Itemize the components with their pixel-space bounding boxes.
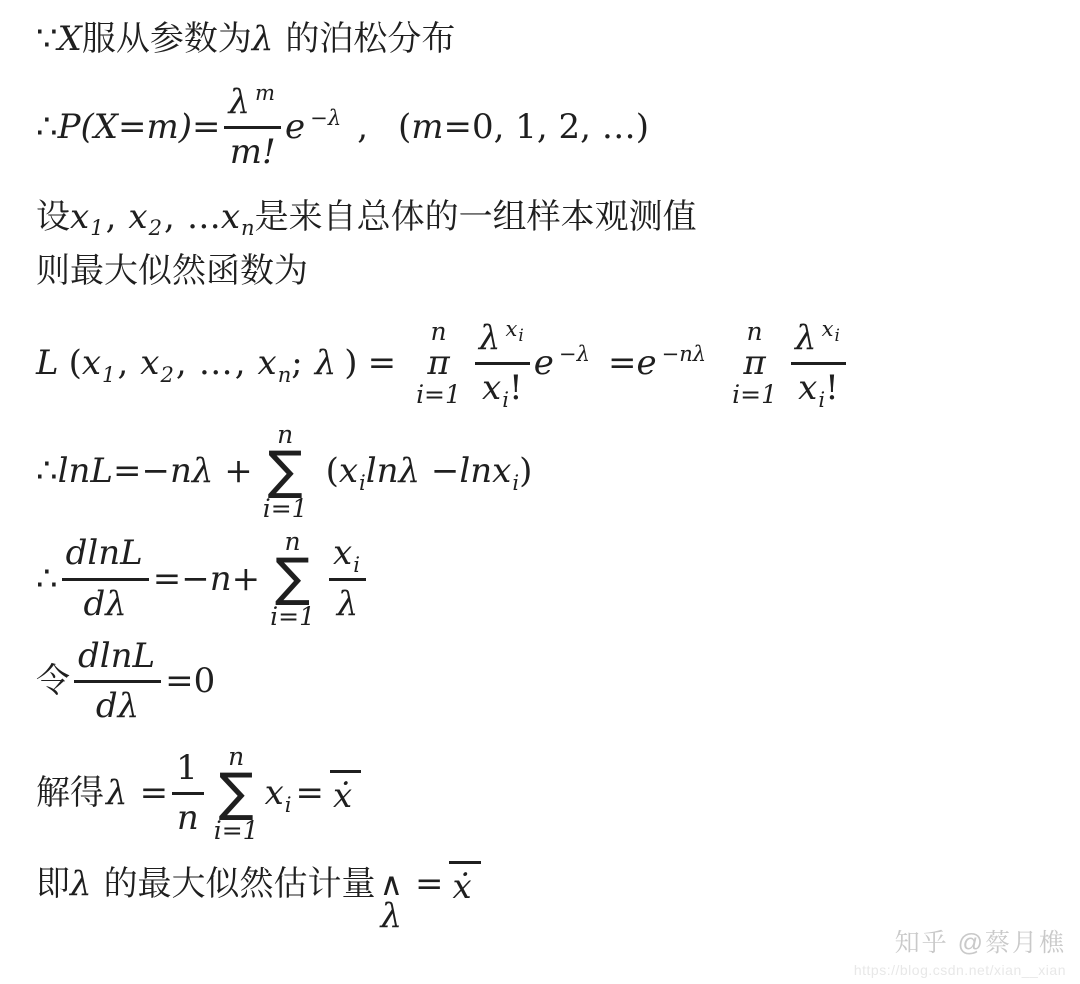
equals: = — [415, 863, 444, 906]
text-follows-parameter: 服从参数为 — [82, 18, 252, 61]
because-symbol: ∵ — [36, 18, 58, 61]
likelihood-function-formula: L ( x1 , x2 , … , xn ; λ ) = n π i=1 λxi… — [36, 317, 1064, 410]
e-power-minus-lambda: e−λ — [534, 342, 590, 385]
ellipsis: … — [187, 196, 221, 239]
e-power-minus-n-lambda: e−nλ — [636, 342, 706, 385]
comma: , — [357, 106, 368, 149]
derivative-formula: ∴ dlnL dλ =−n+ n ∑ i=1 xi λ — [36, 529, 1064, 629]
numerator: λm — [224, 81, 281, 130]
premise-x-follows-poisson: ∵ X 服从参数为 λ 的泊松分布 — [36, 18, 1064, 61]
exponent-xi: xi — [822, 316, 840, 341]
condition-values: =0, 1, 2, …) — [444, 106, 650, 149]
var-x2: x2 — [140, 342, 174, 385]
var-m: m — [411, 106, 443, 149]
lnL-lhs: lnL=−nλ + — [58, 450, 253, 493]
comma: , — [235, 342, 246, 385]
fraction-xi-over-lambda: xi λ — [329, 532, 366, 625]
var-L: L — [36, 342, 59, 385]
text-mle-estimator: 的最大似然估计量 — [104, 863, 376, 906]
sum-symbol: ∑ — [268, 447, 303, 497]
sub-i: i — [511, 450, 519, 493]
text-sample-from-population: 是来自总体的一组样本观测值 — [255, 196, 697, 239]
upper-limit-n: n — [747, 319, 763, 344]
var-x1: x1 — [70, 196, 104, 239]
denominator-dlambda: dλ — [96, 683, 139, 728]
var-lambda: λ — [252, 18, 274, 61]
equals-minus-n-plus: =−n+ — [153, 558, 260, 601]
var-xi: xi — [339, 450, 366, 493]
fraction-lambda-xi-over-xi-factorial: λxi xi! — [791, 317, 846, 410]
var-lambda: λ — [315, 342, 337, 385]
var-lambda: λ — [106, 772, 128, 815]
equals: = — [140, 772, 169, 815]
denominator-xi-factorial: xi! — [798, 365, 839, 410]
var-x2: x2 — [128, 196, 162, 239]
equals-zero: =0 — [165, 660, 215, 703]
fraction-1-over-n: 1 n — [172, 747, 204, 840]
close-paren: ) — [519, 450, 532, 493]
sample-observations-statement: 设 x1 , x2 , … xn 是来自总体的一组样本观测值 — [36, 196, 1064, 239]
lower-limit-i-1: i=1 — [416, 382, 461, 407]
text-poisson-distribution: 的泊松分布 — [285, 18, 455, 61]
var-xn: xn — [221, 196, 255, 239]
var-xn: xn — [258, 342, 292, 385]
var-lambda: λ — [70, 863, 92, 906]
watermark-credit: 知乎 @蔡月樵 — [854, 923, 1066, 959]
sum-i-1-to-n: n ∑ i=1 — [270, 529, 315, 629]
lower-limit-i-1: i=1 — [214, 818, 259, 843]
product-pi-symbol: π — [427, 344, 449, 382]
equals: = — [296, 772, 325, 815]
text-that-is: 即 — [36, 863, 70, 906]
equals: = — [368, 342, 397, 385]
solve-lambda-formula: 解得 λ = 1 n n ∑ i=1 xi = ẋ — [36, 744, 1064, 844]
comma: , — [176, 342, 187, 385]
text-then-likelihood: 则最大似然函数为 — [36, 250, 308, 293]
close-paren: ) — [344, 342, 357, 385]
fraction-dlnL-over-dlambda: dlnL dλ — [74, 635, 161, 728]
document-page: { "document": { "background": "#ffffff",… — [0, 0, 1080, 984]
ln-terms: lnλ −lnx — [366, 450, 512, 493]
var-xi: xi — [265, 772, 292, 815]
var-lambda: λ — [228, 82, 250, 122]
numerator: λxi — [791, 317, 846, 366]
watermark: 知乎 @蔡月樵 https://blog.csdn.net/xian__xian — [854, 923, 1066, 978]
ellipsis: … — [199, 342, 233, 385]
therefore-symbol: ∴ — [36, 106, 58, 149]
therefore-symbol: ∴ — [36, 450, 58, 493]
var-e: e — [285, 107, 305, 147]
log-likelihood-formula: ∴ lnL=−nλ + n ∑ i=1 ( xi lnλ −lnx i ) — [36, 422, 1064, 522]
text-let: 令 — [36, 660, 70, 703]
numerator-dlnL: dlnL — [74, 635, 161, 684]
var-lambda: λ — [380, 900, 402, 932]
text-let: 设 — [36, 196, 70, 239]
pmf-lhs: P(X=m)= — [58, 106, 221, 149]
text-solve: 解得 — [36, 772, 104, 815]
numerator-one: 1 — [172, 747, 204, 796]
open-paren: ( — [398, 106, 411, 149]
exponent-minus-lambda: −λ — [310, 105, 341, 130]
sum-symbol: ∑ — [275, 554, 310, 604]
denominator-n: n — [177, 795, 199, 840]
therefore-symbol: ∴ — [36, 558, 58, 601]
numerator: λxi — [475, 317, 530, 366]
exponent-m: m — [255, 80, 275, 105]
lambda-hat: ∧ λ — [380, 869, 403, 932]
mle-conclusion: 即 λ 的最大似然估计量 ∧ λ = ẋ — [36, 853, 1064, 916]
var-X: X — [58, 18, 82, 61]
upper-limit-n: n — [430, 319, 446, 344]
denominator-xi-factorial: xi! — [482, 365, 523, 410]
sum-i-1-to-n: n ∑ i=1 — [214, 744, 259, 844]
lower-limit-i-1: i=1 — [263, 496, 308, 521]
x-bar-mean: ẋ — [449, 861, 480, 909]
fraction-lambda-xi-over-xi-factorial: λxi xi! — [475, 317, 530, 410]
product-i-1-to-n: n π i=1 — [416, 319, 461, 407]
comma: , — [117, 342, 128, 385]
watermark-url: https://blog.csdn.net/xian__xian — [854, 962, 1066, 978]
equals: = — [608, 342, 637, 385]
numerator-xi: xi — [329, 532, 366, 581]
denominator-dlambda: dλ — [84, 581, 127, 626]
var-x1: x1 — [82, 342, 116, 385]
comma: , — [106, 196, 117, 239]
set-derivative-zero: 令 dlnL dλ =0 — [36, 635, 1064, 728]
numerator-dlnL: dlnL — [62, 532, 149, 581]
sum-symbol: ∑ — [219, 769, 254, 819]
likelihood-function-intro: 则最大似然函数为 — [36, 250, 1064, 293]
exponent-xi: xi — [505, 316, 523, 341]
poisson-pmf-formula: ∴ P(X=m)= λm m! e−λ , ( m =0, 1, 2, …) — [36, 81, 1064, 174]
lower-limit-i-1: i=1 — [270, 604, 315, 629]
denominator-lambda: λ — [337, 581, 359, 626]
lower-limit-i-1: i=1 — [732, 382, 777, 407]
semicolon: ; — [291, 342, 302, 385]
e-power-minus-lambda: e−λ — [285, 106, 341, 149]
fraction-lambda-m-over-m-factorial: λm m! — [224, 81, 281, 174]
open-paren: ( — [326, 450, 339, 493]
product-i-1-to-n: n π i=1 — [732, 319, 777, 407]
product-pi-symbol: π — [743, 344, 765, 382]
denominator-m-factorial: m! — [230, 129, 276, 174]
math-derivation-document: ∵ X 服从参数为 λ 的泊松分布 ∴ P(X=m)= λm m! e−λ , … — [0, 0, 1080, 916]
open-paren: ( — [69, 342, 82, 385]
sum-i-1-to-n: n ∑ i=1 — [263, 422, 308, 522]
comma: , — [164, 196, 175, 239]
fraction-dlnL-over-dlambda: dlnL dλ — [62, 532, 149, 625]
x-bar-mean: ẋ — [330, 770, 361, 818]
